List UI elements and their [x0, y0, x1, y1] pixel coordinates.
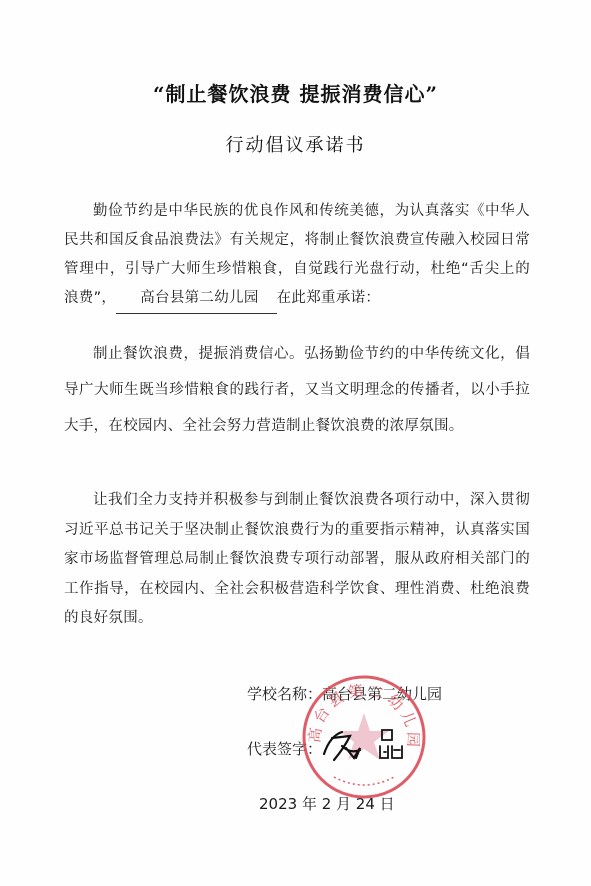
school-name-line: 学校名称：高台县第二幼儿园 [247, 683, 442, 704]
document-subtitle: 行动倡议承诺书 [0, 131, 591, 157]
paragraph-action: 让我们全力支持并积极参与到制止餐饮浪费各项行动中，深入贯彻习近平总书记关于坚决制… [64, 486, 530, 634]
representative-label: 代表签字： [247, 740, 322, 758]
date-line: 2023 年 2 月 24 日 [259, 793, 395, 814]
school-name-blank: 高台县第二幼儿园 [116, 284, 276, 314]
paragraph-pledge: 制止餐饮浪费，提振消费信心。弘扬勤俭节约的中华传统文化，倡导广大师生既当珍惜粮食… [64, 336, 530, 444]
school-name-value: 高台县第二幼儿园 [322, 685, 442, 703]
pledge-text: 在此郑重承诺： [277, 290, 381, 306]
document-title: “制止餐饮浪费 提振消费信心” [0, 78, 591, 107]
document-page: “制止餐饮浪费 提振消费信心” 行动倡议承诺书 勤俭节约是中华民族的优良作风和传… [0, 0, 591, 886]
school-name-label: 学校名称： [247, 685, 322, 703]
paragraph-intro: 勤俭节约是中华民族的优良作风和传统美德，为认真落实《中华人民共和国反食品浪费法》… [64, 197, 530, 314]
representative-line: 代表签字： [247, 738, 322, 759]
handwritten-signature-icon [320, 724, 430, 764]
